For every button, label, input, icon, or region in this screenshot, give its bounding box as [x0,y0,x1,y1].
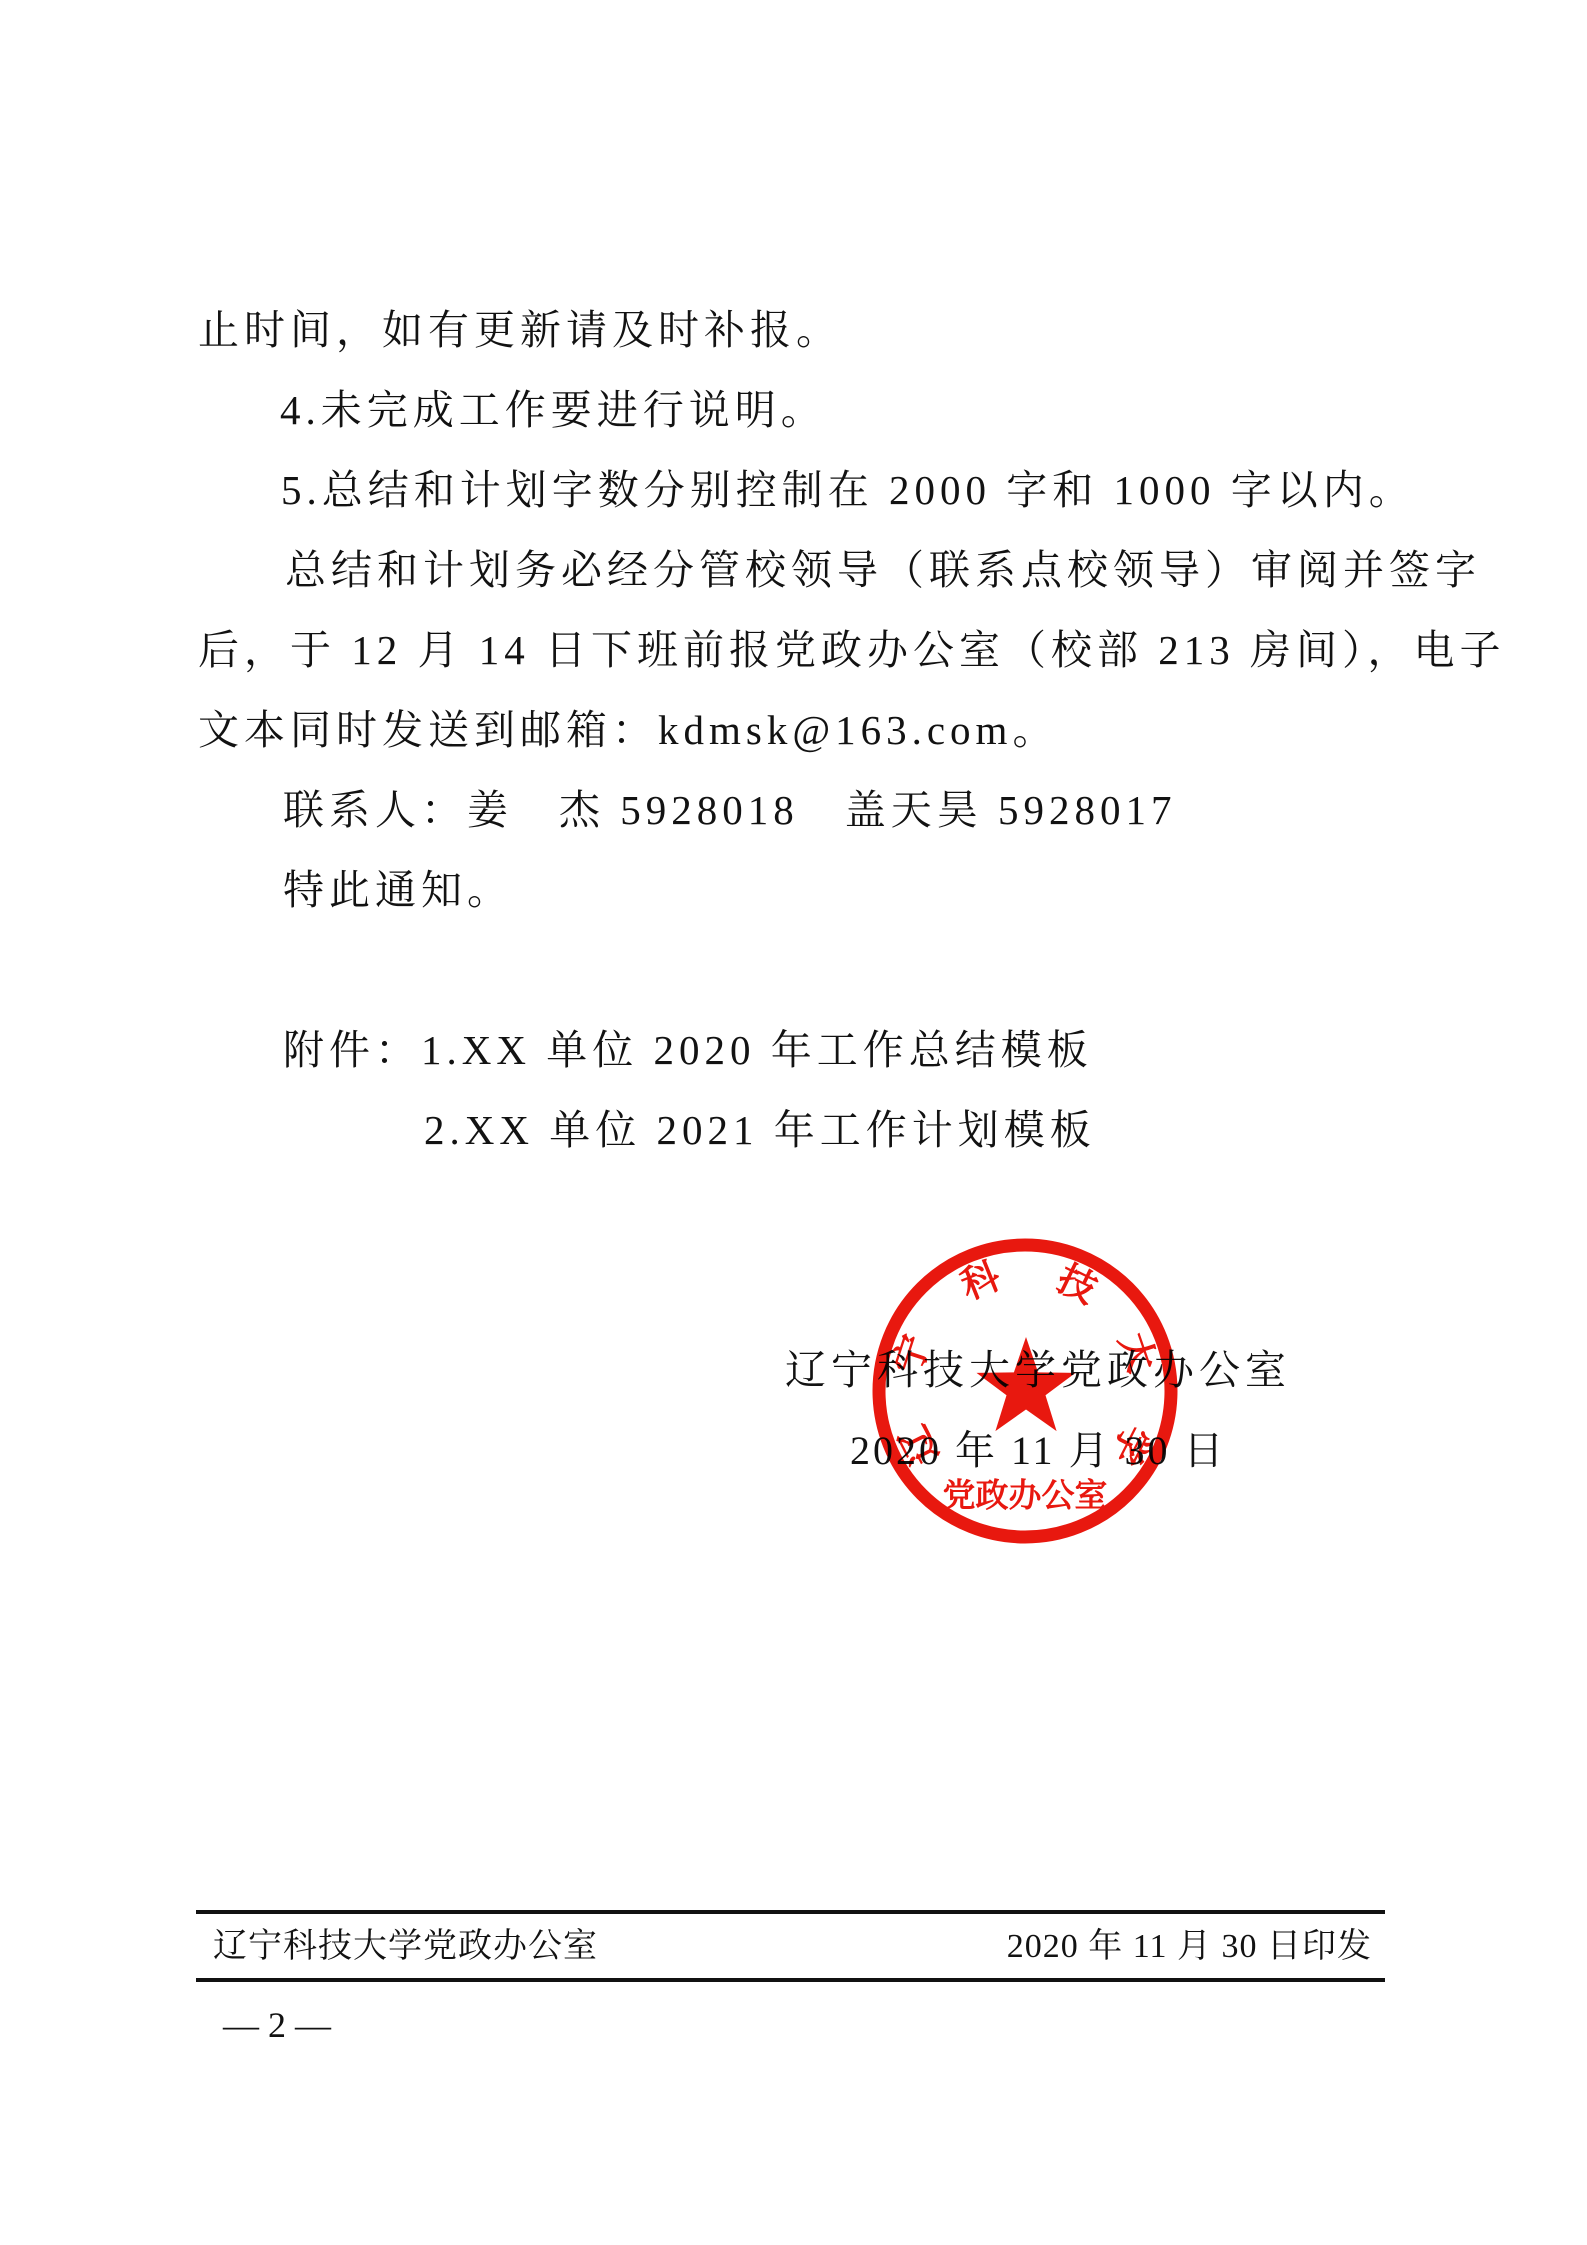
body-line: 5.总结和计划字数分别控制在 2000 字和 1000 字以内。 [281,470,1415,511]
official-seal: 辽 宁 科 技 大 学 党政办公室 [866,1231,1186,1551]
document-page: 止时间，如有更新请及时补报。 4.未完成工作要进行说明。 5.总结和计划字数分别… [0,0,1587,2245]
body-line-email: 文本同时发送到邮箱：kdmsk@163.com。 [198,710,1058,751]
footer-issuer: 辽宁科技大学党政办公室 [213,1930,598,1964]
footer-print-date: 2020 年 11 月 30 日印发 [1007,1930,1372,1964]
footer-rule-top [196,1910,1385,1914]
seal-bottom-text: 党政办公室 [943,1481,1108,1514]
attachment-line-2: 2.XX 单位 2021 年工作计划模板 [424,1110,1096,1151]
body-line: 止时间，如有更新请及时补报。 [198,310,842,351]
footer-rule-bottom [196,1978,1385,1982]
body-line-contacts: 联系人：姜 杰 5928018 盖天昊 5928017 [283,790,1177,831]
attachment-line-1: 附件：1.XX 单位 2020 年工作总结模板 [283,1030,1093,1071]
body-line: 后，于 12 月 14 日下班前报党政办公室（校部 213 房间），电子 [198,630,1506,671]
body-line: 特此通知。 [283,870,513,911]
page-number: — 2 — [223,2007,331,2043]
body-line: 总结和计划务必经分管校领导（联系点校领导）审阅并签字 [285,550,1481,591]
body-line: 4.未完成工作要进行说明。 [280,390,827,431]
seal-star-icon [977,1337,1076,1431]
